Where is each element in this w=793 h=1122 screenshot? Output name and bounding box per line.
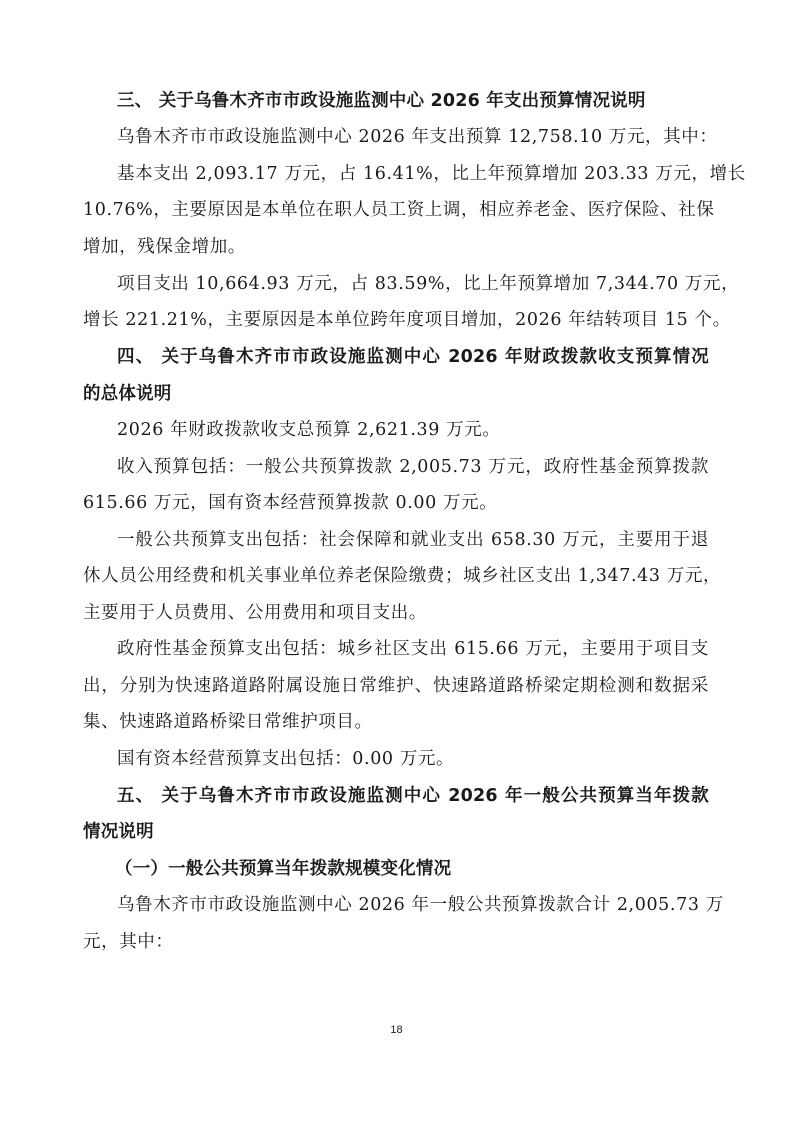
section-5-subsection-1-heading: （一）一般公共预算当年拨款规模变化情况 bbox=[115, 857, 709, 881]
section-4-paragraph-general-line-2: 休人员公用经费和机关事业单位养老保险缴费；城乡社区支出 1,347.43 万元， bbox=[83, 564, 709, 588]
section-4-paragraph-general-line-1: 一般公共预算支出包括：社会保障和就业支出 658.30 万元，主要用于退 bbox=[117, 528, 709, 552]
section-4-paragraph-state-capital: 国有资本经营预算支出包括：0.00 万元。 bbox=[117, 747, 709, 771]
section-4-paragraph-fund-line-2: 出，分别为快速路道路附属设施日常维护、快速路道路桥梁定期检测和数据采 bbox=[83, 674, 709, 698]
section-3-paragraph-project-line-1: 项目支出 10,664.93 万元，占 83.59%，比上年预算增加 7,344… bbox=[117, 272, 709, 296]
section-3-paragraph-project-line-2: 增长 221.21%，主要原因是本单位跨年度项目增加，2026 年结转项目 15… bbox=[83, 308, 709, 332]
section-5-heading-line-2: 情况说明 bbox=[83, 820, 709, 844]
section-3-heading: 三、 关于乌鲁木齐市市政设施监测中心 2026 年支出预算情况说明 bbox=[117, 89, 709, 113]
section-5-subsection-1-paragraph-line-1: 乌鲁木齐市市政设施监测中心 2026 年一般公共预算拨款合计 2,005.73 … bbox=[117, 893, 709, 917]
section-5-heading-line-1: 五、 关于乌鲁木齐市市政设施监测中心 2026 年一般公共预算当年拨款 bbox=[117, 784, 709, 808]
section-4-paragraph-total: 2026 年财政拨款收支总预算 2,621.39 万元。 bbox=[117, 418, 709, 442]
section-4-paragraph-fund-line-3: 集、快速路道路桥梁日常维护项目。 bbox=[83, 710, 709, 734]
section-5-subsection-1-paragraph-line-2: 元，其中： bbox=[83, 930, 709, 954]
section-3-paragraph-basic-line-3: 增加，残保金增加。 bbox=[83, 235, 709, 259]
section-4-heading-line-1: 四、 关于乌鲁木齐市市政设施监测中心 2026 年财政拨款收支预算情况 bbox=[117, 345, 709, 369]
section-3-paragraph-basic-line-2: 10.76%，主要原因是本单位在职人员工资上调，相应养老金、医疗保险、社保 bbox=[83, 198, 709, 222]
section-4-paragraph-general-line-3: 主要用于人员费用、公用费用和项目支出。 bbox=[83, 601, 709, 625]
section-3-paragraph-basic-line-1: 基本支出 2,093.17 万元，占 16.41%，比上年预算增加 203.33… bbox=[117, 162, 709, 186]
document-page: 三、 关于乌鲁木齐市市政设施监测中心 2026 年支出预算情况说明 乌鲁木齐市市… bbox=[0, 0, 793, 1122]
section-4-paragraph-fund-line-1: 政府性基金预算支出包括：城乡社区支出 615.66 万元，主要用于项目支 bbox=[117, 637, 709, 661]
section-3-paragraph-total: 乌鲁木齐市市政设施监测中心 2026 年支出预算 12,758.10 万元，其中… bbox=[117, 125, 709, 149]
section-4-heading-line-2: 的总体说明 bbox=[83, 382, 709, 406]
page-number: 18 bbox=[0, 1024, 793, 1036]
section-4-paragraph-income-line-2: 615.66 万元，国有资本经营预算拨款 0.00 万元。 bbox=[83, 491, 709, 515]
section-4-paragraph-income-line-1: 收入预算包括：一般公共预算拨款 2,005.73 万元，政府性基金预算拨款 bbox=[117, 455, 709, 479]
